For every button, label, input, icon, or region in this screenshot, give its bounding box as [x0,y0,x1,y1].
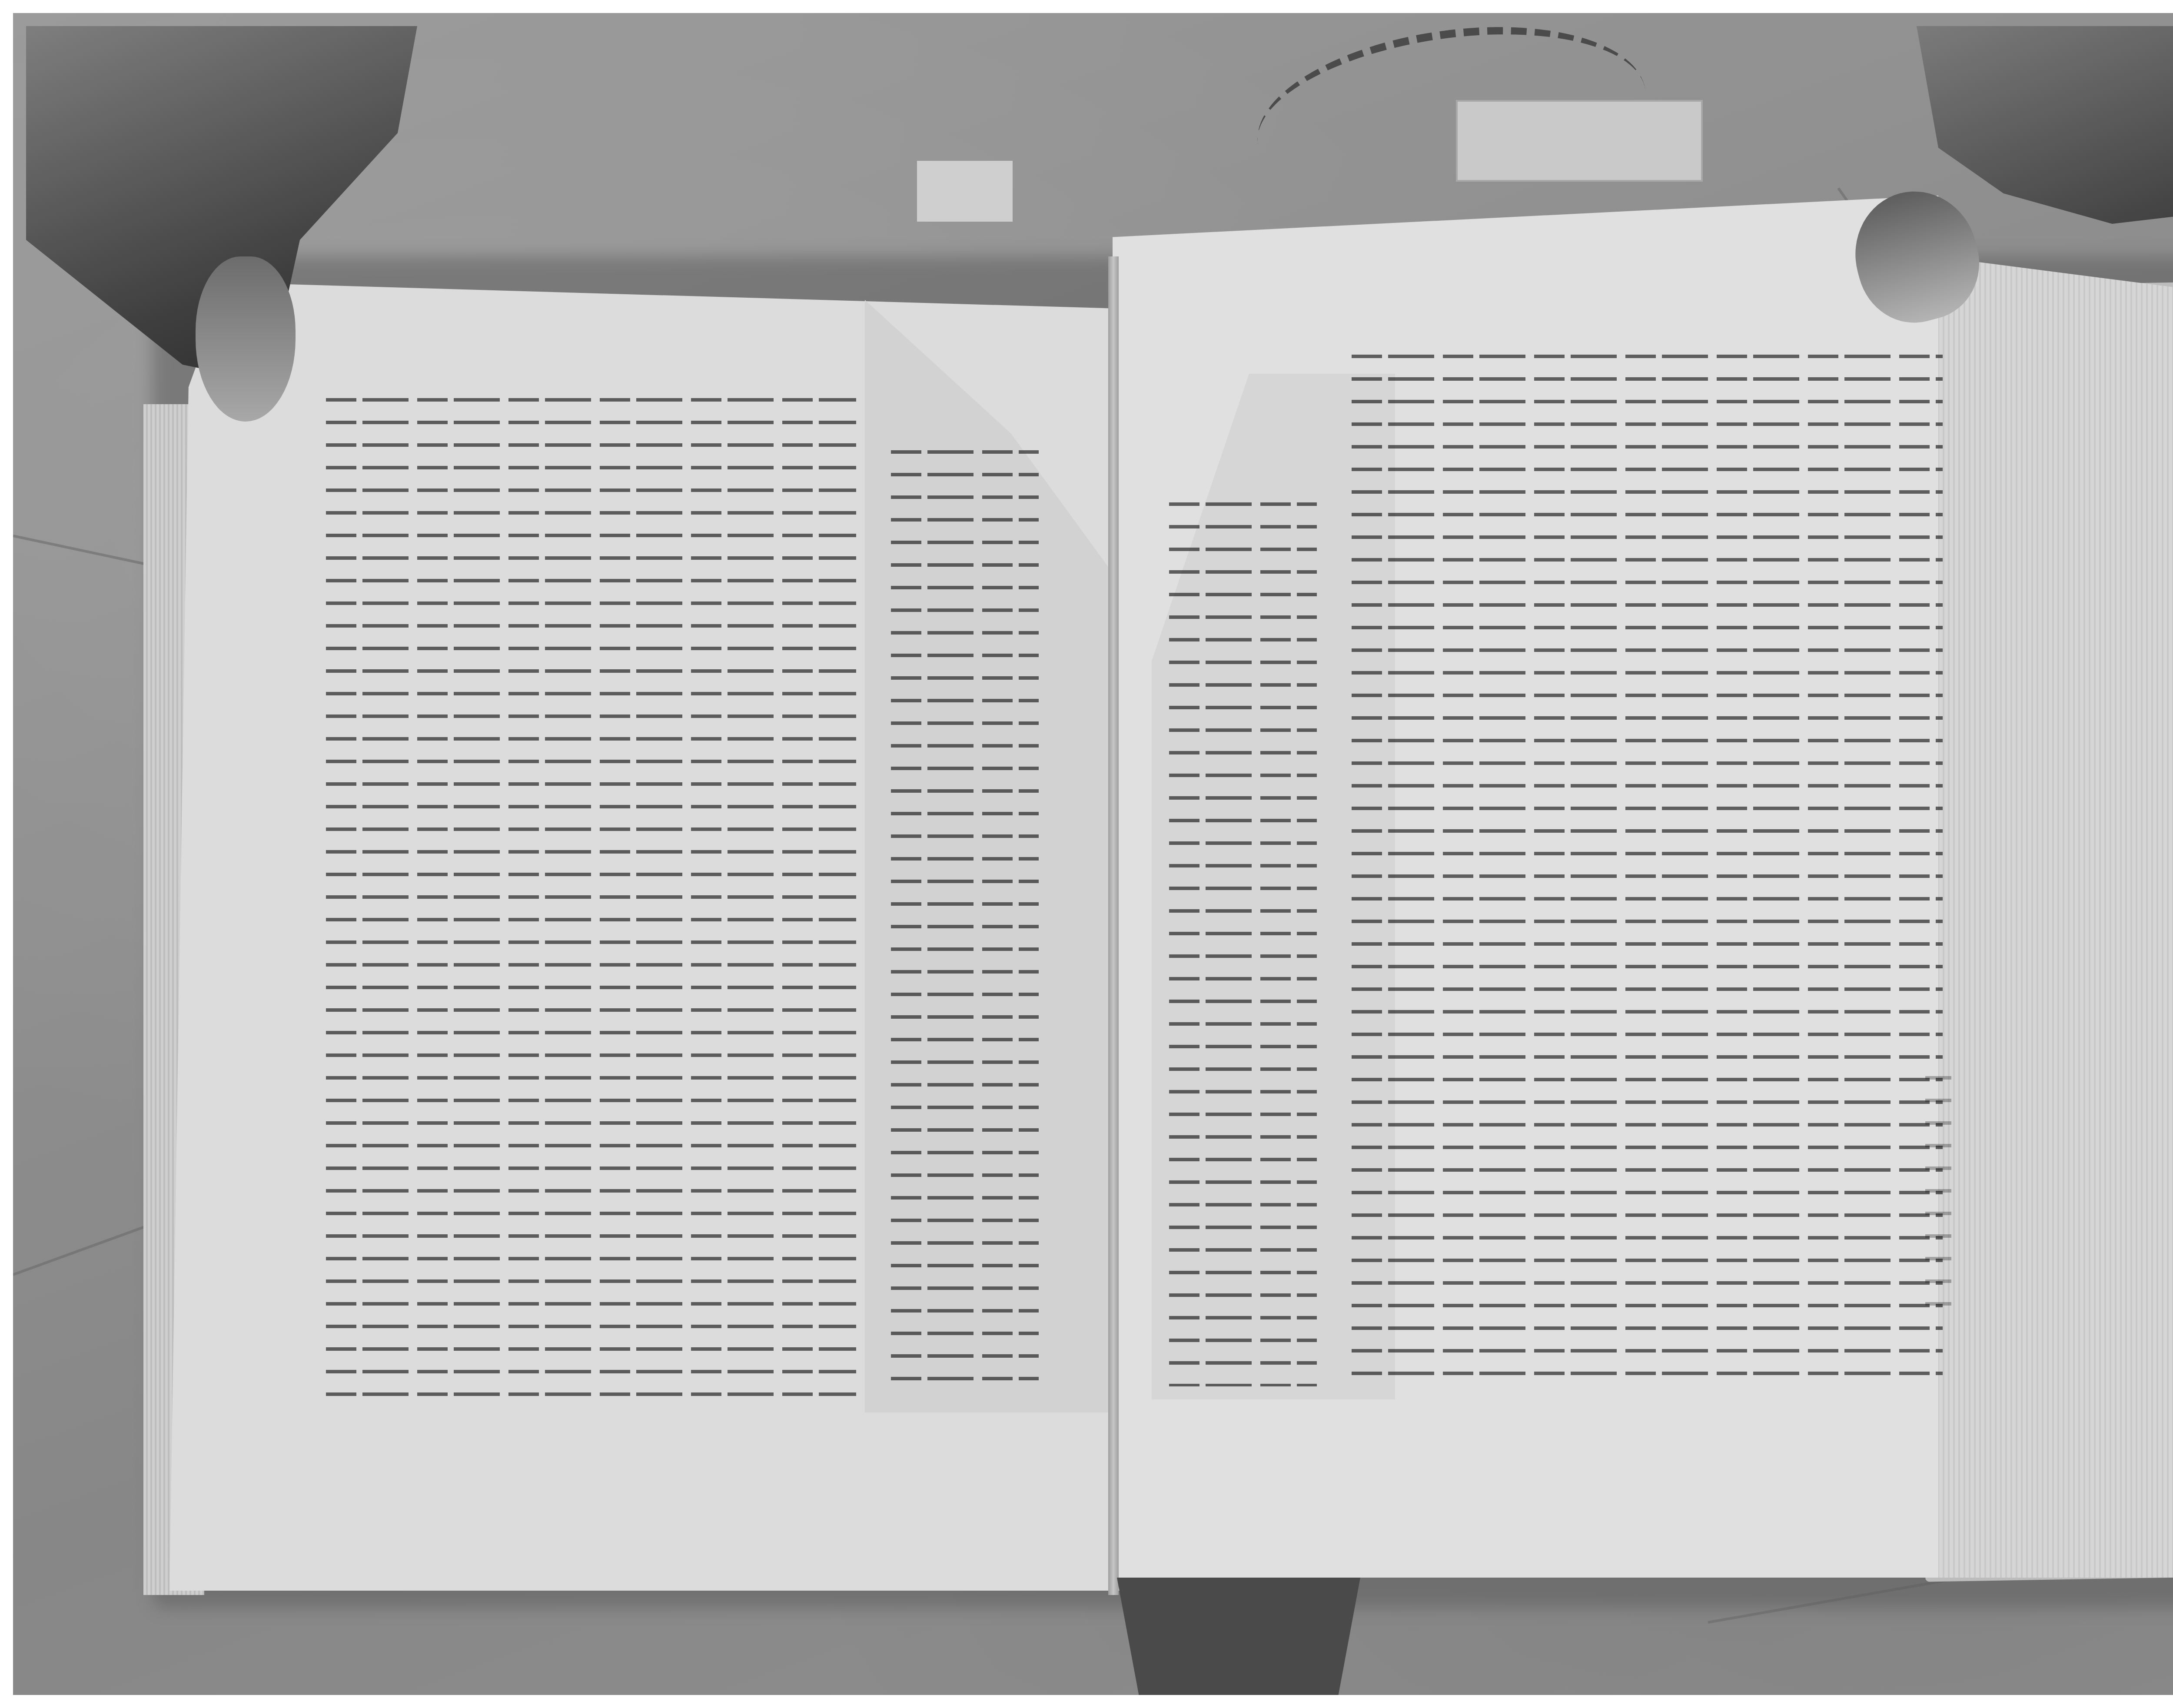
paper-tab [917,161,1013,222]
book-gutter [1108,256,1119,1595]
spine-bottom [1117,1578,1360,1695]
photo-frame [13,13,2173,1695]
left-narrow-text-block [891,439,1039,1386]
left-thumb [196,256,296,422]
margin-note [1925,1065,1951,1317]
left-text-block [326,387,856,1404]
paper-label [1456,100,1703,182]
right-text-block [1352,343,1943,1386]
right-narrow-text-block [1169,491,1317,1386]
right-page-stack [1934,256,2173,1578]
